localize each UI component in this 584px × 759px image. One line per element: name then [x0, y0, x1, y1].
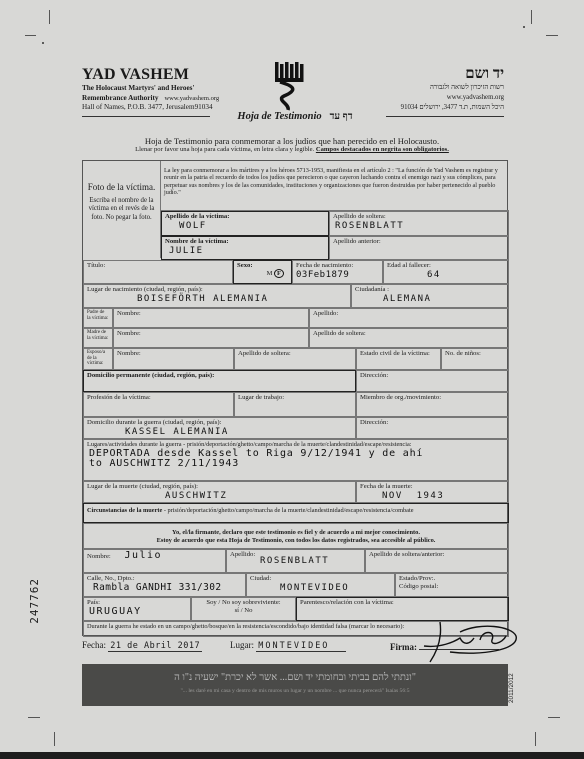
- signature-label: Firma:: [390, 642, 417, 652]
- doc-title-es: Hoja de Testimonio: [237, 111, 321, 122]
- submitter-surname-value: ROSENBLATT: [260, 556, 361, 566]
- address-field[interactable]: Dirección:: [356, 370, 509, 392]
- death-place-value: AUSCHWITZ: [165, 491, 352, 501]
- spouse-label: Esposo/a de la víctima:: [83, 348, 113, 370]
- war-residence-label: Domicilio durante la guerra (ciudad, reg…: [87, 419, 352, 427]
- profession-label: Profesión de la víctima:: [87, 394, 151, 401]
- submitter-name-label: Nombre:: [87, 553, 111, 560]
- victim-maiden-value: ROSENBLATT: [335, 221, 505, 231]
- birth-date-value: 03Feb1879: [296, 270, 379, 280]
- death-place-field[interactable]: Lugar de la muerte (ciudad, región, país…: [83, 481, 356, 503]
- org-line1: The Holocaust Martyrs' and Heroes': [82, 84, 219, 94]
- website-he[interactable]: www.yadvashem.org: [401, 93, 504, 103]
- submitter-surname-label: Apellido:: [230, 551, 255, 558]
- father-surname-field[interactable]: Apellido:: [309, 308, 509, 328]
- father-surname-label: Apellido:: [313, 310, 338, 317]
- survivor-label: Soy / No soy sobreviviente:: [195, 599, 292, 607]
- residence-label: Domicilio permanente (ciudad, región, pa…: [87, 372, 214, 379]
- address-label: Dirección:: [360, 372, 388, 379]
- war-status-label: Durante la guerra he estado en un campo/…: [87, 623, 404, 630]
- submitter-maiden-field[interactable]: Apellido de soltera/anterior:: [365, 549, 509, 573]
- spouse-maiden-label: Apellido de soltera:: [238, 350, 291, 357]
- victim-first-name-value: JULIE: [169, 246, 325, 256]
- photo-title: Foto de la víctima.: [86, 183, 157, 191]
- submitter-state-label: Estado/Prov:.: [399, 575, 505, 583]
- address-en: Hall of Names, P.O.B. 3477, Jerusalem910…: [82, 103, 219, 113]
- crop-mark: [28, 717, 40, 718]
- crop-mark: [54, 732, 55, 746]
- age-field[interactable]: Edad al fallecer: 64: [383, 260, 509, 284]
- civil-status-field[interactable]: Estado civil de la víctima:: [356, 348, 441, 370]
- permanent-residence-field[interactable]: Domicilio permanente (ciudad, región, pa…: [83, 370, 356, 392]
- sex-options: M F: [237, 270, 288, 278]
- side-reference-number: 247762: [28, 578, 41, 624]
- mother-label: Madre de la víctima:: [83, 328, 113, 348]
- victim-previous-surname-field[interactable]: Apellido anterior:: [329, 236, 509, 260]
- death-date-field[interactable]: Fecha de la muerte: NOV 1943: [356, 481, 509, 503]
- crop-mark: [49, 10, 50, 24]
- profession-field[interactable]: Profesión de la víctima:: [83, 392, 234, 417]
- father-label: Padre de la víctima:: [83, 308, 113, 328]
- age-label: Edad al fallecer:: [387, 262, 505, 270]
- crop-mark: [535, 732, 536, 746]
- date-value[interactable]: 21 de Abril 2017: [108, 641, 202, 652]
- war-address-label: Dirección:: [360, 419, 388, 426]
- death-place-label: Lugar de la muerte (ciudad, región, país…: [87, 483, 352, 491]
- children-label: No. de niños:: [445, 350, 481, 357]
- death-circumstances-field[interactable]: Circunstancias de la muerte - prisión/de…: [83, 503, 509, 523]
- submitter-name-value: Julio: [124, 550, 162, 561]
- death-circumstances-options: - prisión/deportación/ghetto/campo/march…: [162, 507, 413, 514]
- workplace-label: Lugar de trabajo:: [238, 394, 284, 401]
- header-left: YAD VASHEM The Holocaust Martyrs' and He…: [82, 66, 219, 113]
- father-name-label: Nombre:: [117, 310, 141, 317]
- intro-line2: Llenar por favor una hoja para cada víct…: [135, 146, 314, 153]
- children-field[interactable]: No. de niños:: [441, 348, 509, 370]
- mother-maiden-field[interactable]: Apellido de soltera:: [309, 328, 509, 348]
- law-text: La ley para conmemorar a los mártires y …: [161, 161, 509, 211]
- war-activities-field[interactable]: Lugares/actividades durante la guerra - …: [83, 439, 509, 481]
- war-residence-field[interactable]: Domicilio durante la guerra (ciudad, reg…: [83, 417, 356, 439]
- declaration-line1: Yo, el/la firmante, declaro que este tes…: [87, 529, 505, 537]
- father-name-field[interactable]: Nombre:: [113, 308, 309, 328]
- sex-selected-female[interactable]: F: [274, 269, 284, 278]
- header-rule: [82, 116, 210, 117]
- declaration-line2: Estoy de acuerdo que esta Hoja de Testim…: [87, 537, 505, 545]
- member-field[interactable]: Miembro de org./movimiento:: [356, 392, 509, 417]
- birth-place-value: BOISEFÖRTH ALEMANIA: [137, 294, 347, 304]
- scan-edge: [0, 752, 584, 759]
- victim-maiden-field[interactable]: Apellido de soltera: ROSENBLATT: [329, 211, 509, 236]
- survivor-options: sí / No: [195, 607, 292, 615]
- citizenship-label: Ciudadanía :: [355, 286, 505, 294]
- spouse-name-label: Nombre:: [117, 350, 141, 357]
- form-year: 2011/2012: [508, 668, 520, 708]
- submitter-surname-field[interactable]: Apellido: ROSENBLATT: [226, 549, 365, 573]
- sex-field[interactable]: Sexo: M F: [233, 260, 292, 284]
- submitter-country-field[interactable]: País: URUGUAY: [83, 597, 191, 621]
- victim-maiden-label: Apellido de soltera:: [333, 213, 505, 221]
- hebrew-quote: "ונתתי להם בביתי ובחומתי יד ושם... אשר ל…: [82, 672, 508, 683]
- org-line2: Remembrance Authority: [82, 94, 158, 102]
- place-line: Lugar: MONTEVIDEO: [230, 640, 346, 652]
- declaration: Yo, el/la firmante, declaro que este tes…: [83, 523, 509, 549]
- photo-box: Foto de la víctima. Escriba el nombre de…: [83, 161, 161, 258]
- citizenship-field[interactable]: Ciudadanía : ALEMANA: [351, 284, 509, 308]
- intro: Hoja de Testimonio para conmemorar a los…: [80, 136, 504, 154]
- victim-first-name-label: Nombre de la víctima:: [165, 238, 325, 246]
- victim-surname-field[interactable]: Apellido de la víctima: WOLF: [161, 211, 329, 236]
- war-activities-line2: to AUSCHWITZ 2/11/1943: [89, 459, 505, 469]
- crop-mark: [25, 35, 36, 36]
- header-rule: [386, 116, 504, 117]
- title-label: Título:: [87, 262, 229, 270]
- place-value[interactable]: MONTEVIDEO: [256, 641, 346, 652]
- brand-he: יד ושם: [401, 66, 504, 83]
- place-label: Lugar:: [230, 640, 254, 650]
- victim-surname-label: Apellido de la víctima:: [165, 213, 325, 221]
- crop-mark: [531, 10, 532, 24]
- war-residence-value: KASSEL ALEMANIA: [125, 427, 352, 437]
- age-value: 64: [427, 270, 505, 280]
- submitter-street-value: Rambla GANDHI 331/302: [93, 583, 242, 593]
- birth-place-label: Lugar de nacimiento (ciudad, región, paí…: [87, 286, 347, 294]
- submitter-city-label: Ciudad:: [250, 575, 391, 583]
- website-link[interactable]: www.yadvashem.org: [164, 95, 219, 102]
- date-label: Fecha:: [82, 640, 106, 650]
- brand-en: YAD VASHEM: [82, 66, 219, 84]
- doc-title-he: דף עד: [330, 111, 353, 122]
- submitter-postal-label: Código postal:: [399, 583, 505, 591]
- org-he: רשות הזיכרון לשואה ולגבורה: [401, 83, 504, 93]
- photo-instructions: Escriba el nombre de la víctima en el re…: [86, 197, 157, 222]
- submitter-state-field[interactable]: Estado/Prov:. Código postal:: [395, 573, 509, 597]
- birth-date-label: Fecha de nacimiento:: [296, 262, 379, 270]
- spouse-maiden-field[interactable]: Apellido de soltera:: [234, 348, 356, 370]
- workplace-field[interactable]: Lugar de trabajo:: [234, 392, 356, 417]
- survivor-field[interactable]: Soy / No soy sobreviviente: sí / No: [191, 597, 296, 621]
- member-label: Miembro de org./movimiento:: [360, 394, 441, 401]
- relation-label: Parentesco/relación con la víctima:: [300, 599, 394, 606]
- quote-banner: "ונתתי להם בביתי ובחומתי יד ושם... אשר ל…: [82, 664, 508, 706]
- document-title: Hoja de Testimonioדף עד: [210, 111, 380, 122]
- civil-status-label: Estado civil de la víctima:: [360, 350, 430, 357]
- speck: [523, 26, 525, 28]
- death-date-label: Fecha de la muerte:: [360, 483, 505, 491]
- spanish-quote: "... les daré en mi casa y dentro de mis…: [82, 688, 508, 694]
- citizenship-value: ALEMANA: [383, 294, 505, 304]
- death-date-value: NOV 1943: [382, 491, 505, 501]
- submitter-city-value: MONTEVIDEO: [280, 583, 391, 593]
- title-field[interactable]: Título:: [83, 260, 233, 284]
- speck: [42, 42, 44, 44]
- intro-line1: Hoja de Testimonio para conmemorar a los…: [80, 136, 504, 146]
- death-circumstances-label: Circunstancias de la muerte: [87, 507, 162, 514]
- intro-line2-bold: Campos destacados en negrita son obligat…: [316, 146, 449, 153]
- submitter-country-value: URUGUAY: [89, 607, 187, 617]
- mother-name-field[interactable]: Nombre:: [113, 328, 309, 348]
- birth-date-field[interactable]: Fecha de nacimiento: 03Feb1879: [292, 260, 383, 284]
- submitter-street-field[interactable]: Calle, No., Dpto.: Rambla GANDHI 331/302: [83, 573, 246, 597]
- victim-previous-label: Apellido anterior:: [333, 238, 505, 246]
- testimony-form: Foto de la víctima. Escriba el nombre de…: [82, 160, 508, 636]
- spouse-name-field[interactable]: Nombre:: [113, 348, 234, 370]
- submitter-city-field[interactable]: Ciudad: MONTEVIDEO: [246, 573, 395, 597]
- mother-maiden-label: Apellido de soltera:: [313, 330, 366, 337]
- date-line: Fecha: 21 de Abril 2017: [82, 640, 202, 652]
- crop-mark: [548, 717, 560, 718]
- submitter-maiden-label: Apellido de soltera/anterior:: [369, 551, 444, 558]
- victim-first-name-field[interactable]: Nombre de la víctima: JULIE: [161, 236, 329, 260]
- birth-place-field[interactable]: Lugar de nacimiento (ciudad, región, paí…: [83, 284, 351, 308]
- victim-surname-value: WOLF: [179, 221, 325, 231]
- yad-vashem-menorah-icon: [272, 60, 306, 112]
- crop-mark: [546, 35, 558, 36]
- submitter-name-field[interactable]: Nombre: Julio: [83, 549, 226, 573]
- header-right: יד ושם רשות הזיכרון לשואה ולגבורה www.ya…: [401, 66, 504, 113]
- address-he: היכל השמות, ת.ד 3477, ירושלים 91034: [401, 103, 504, 113]
- document-page: YAD VASHEM The Holocaust Martyrs' and He…: [0, 0, 584, 752]
- war-address-field[interactable]: Dirección:: [356, 417, 509, 439]
- mother-name-label: Nombre:: [117, 330, 141, 337]
